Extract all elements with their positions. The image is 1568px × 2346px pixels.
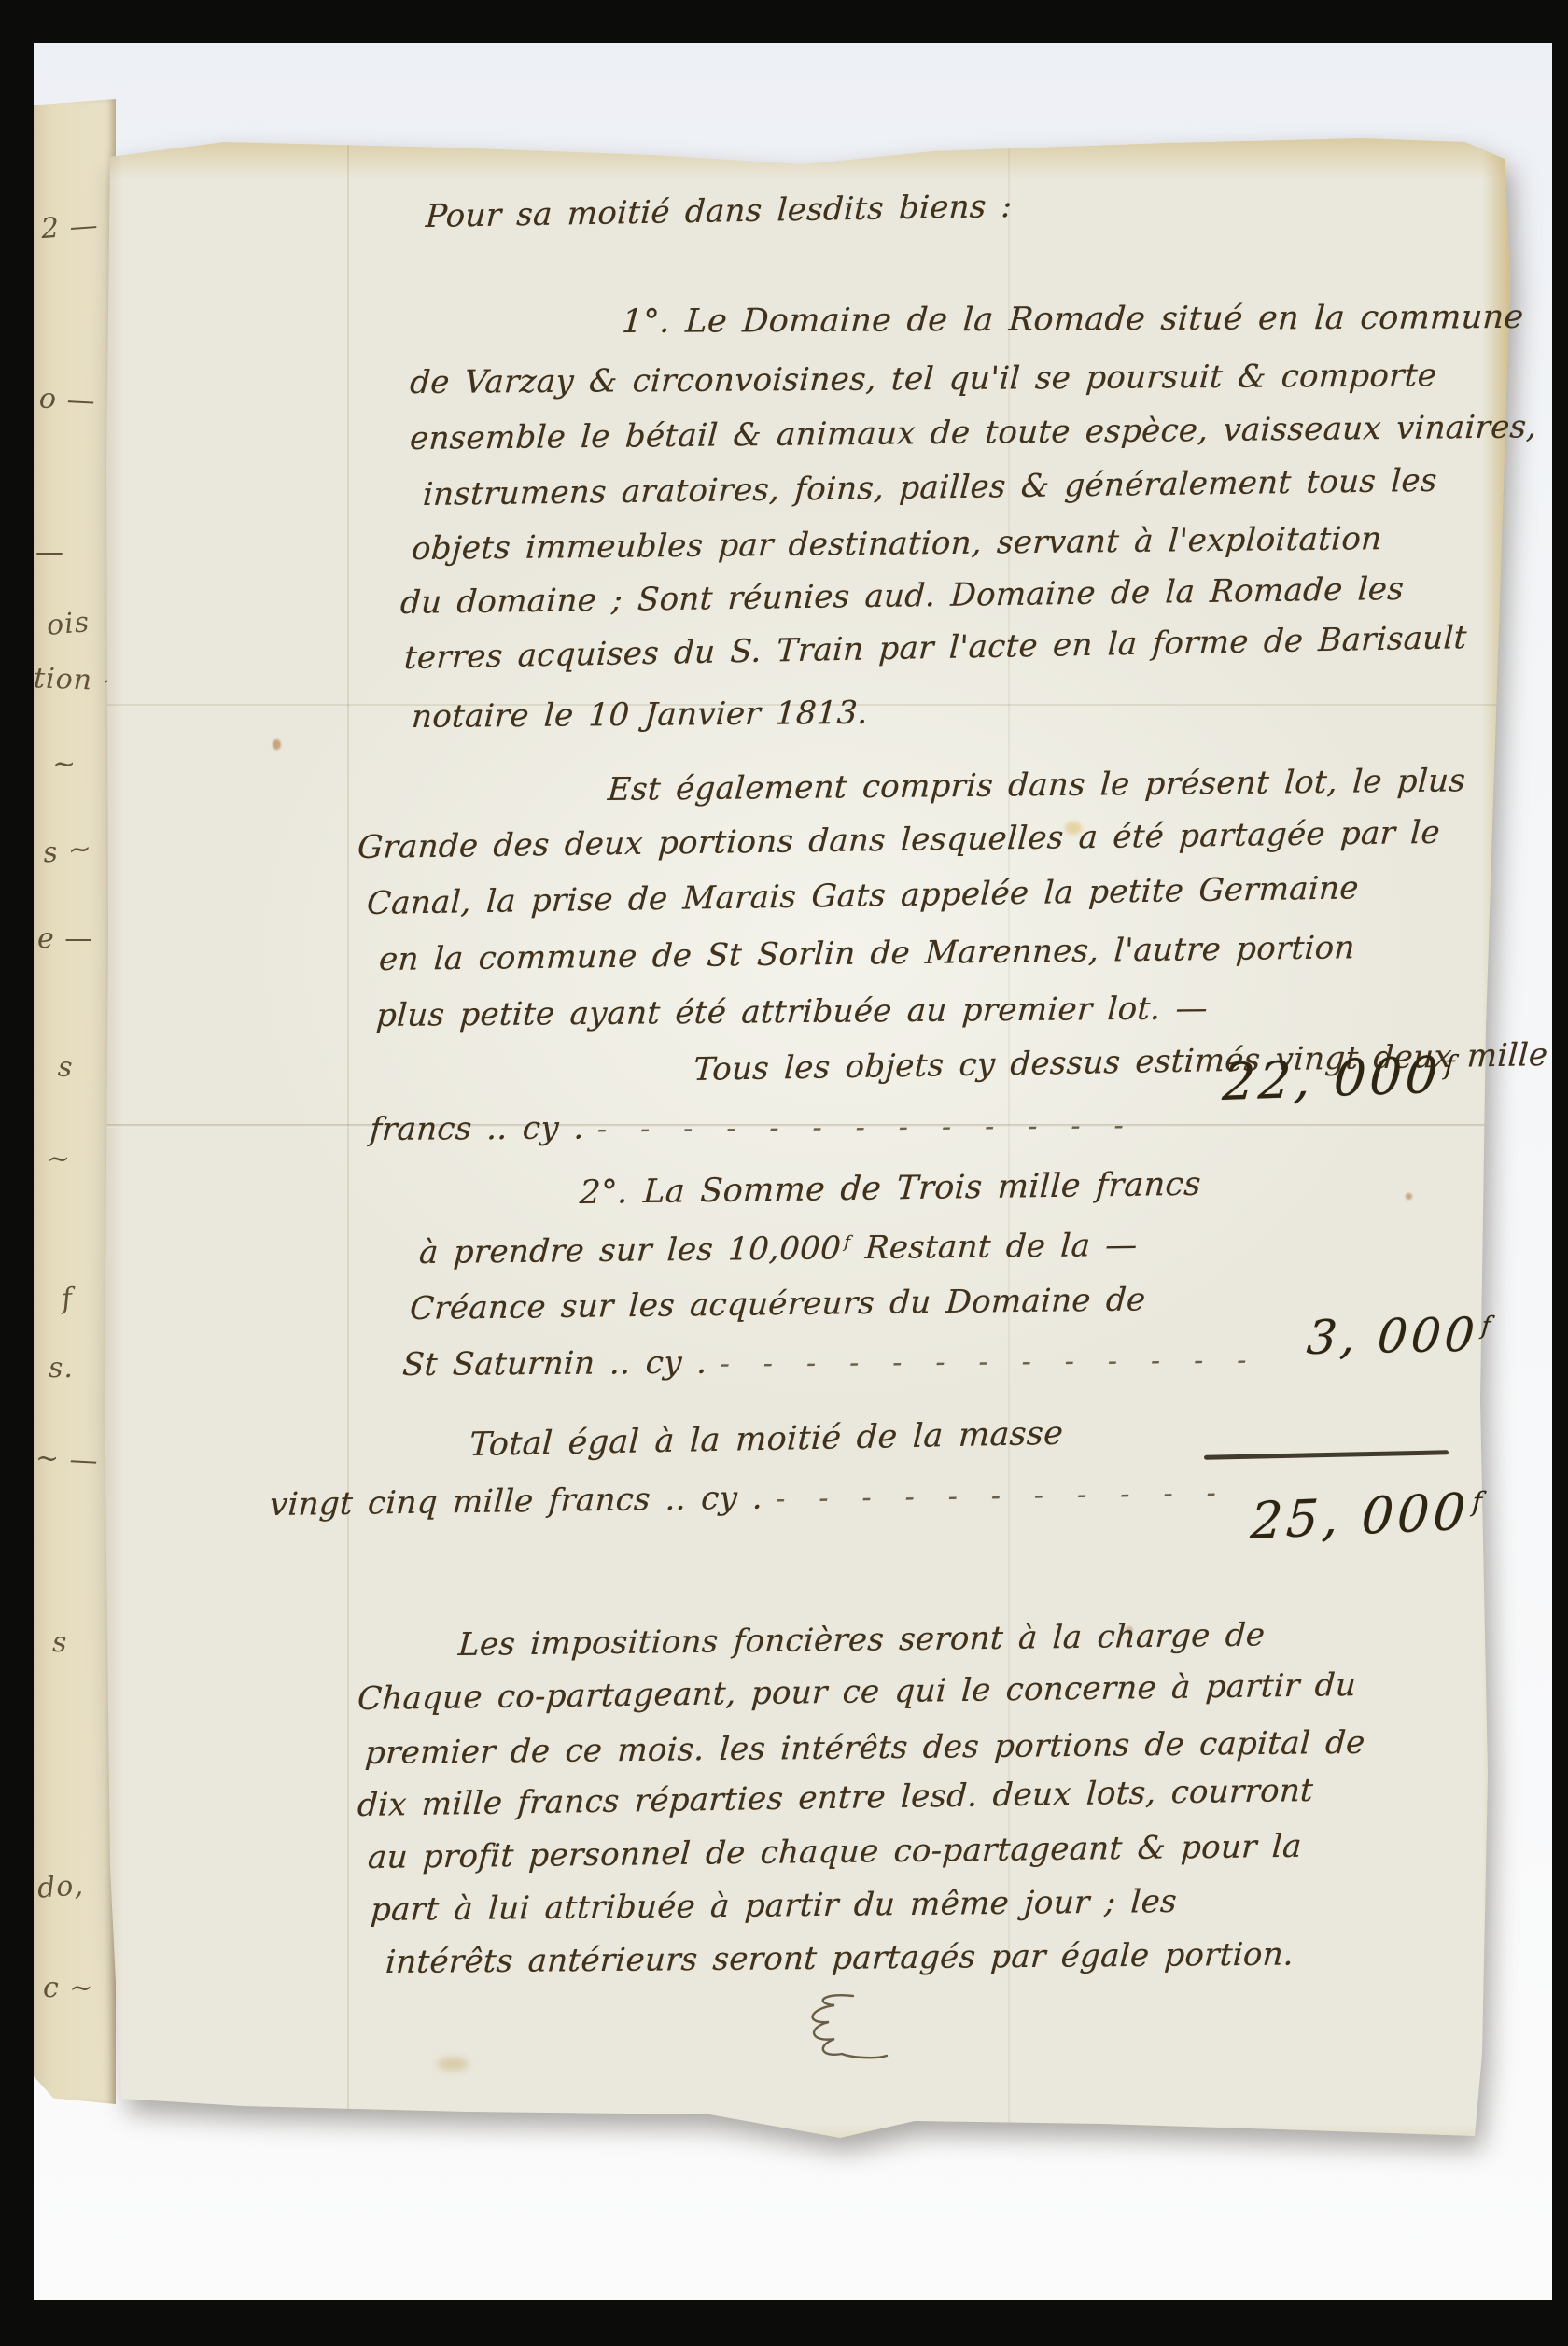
- manuscript-line: objets immeubles par destination, servan…: [411, 520, 1383, 568]
- manuscript-line-text: vingt cinq mille francs .. cy .: [269, 1480, 763, 1524]
- total-rule: [1204, 1450, 1449, 1459]
- manuscript-line: vingt cinq mille francs .. cy .---------…: [269, 1472, 1251, 1524]
- manuscript-line: terres acquises du S. Train par l'acte e…: [403, 619, 1468, 677]
- amount-value: 25, 000: [1249, 1482, 1471, 1551]
- handwriting-layer: Pour sa moitié dans lesdits biens : 1°. …: [0, 0, 1568, 2346]
- manuscript-line: premier de ce mois. les intérêts des por…: [364, 1724, 1366, 1772]
- manuscript-line: part à lui attribuée à partir du même jo…: [370, 1883, 1178, 1929]
- manuscript-line: notaire le 10 Janvier 1813.: [411, 695, 869, 736]
- amount-lot1: 22, 000f: [1221, 1045, 1460, 1112]
- manuscript-line-text: St Saturnin .. cy .: [401, 1344, 708, 1384]
- manuscript-line: plus petite ayant été attribuée au premi…: [375, 990, 1209, 1034]
- manuscript-line-text: à prendre sur les 10,000: [418, 1229, 842, 1271]
- paraph-flourish: [793, 1990, 915, 2084]
- manuscript-line: Total égal à la moitié de la masse: [469, 1415, 1064, 1464]
- manuscript-line: ensemble le bétail & animaux de toute es…: [409, 408, 1538, 457]
- manuscript-line-text: Restant de la —: [849, 1227, 1139, 1267]
- manuscript-line: Grande des deux portions dans lesquelles…: [357, 814, 1441, 866]
- manuscript-line: Les impositions foncières seront à la ch…: [457, 1616, 1266, 1664]
- amount-value: 3, 000: [1305, 1308, 1480, 1365]
- dash-leader: -------------: [596, 1109, 1158, 1145]
- dash-leader: -------------: [720, 1343, 1281, 1380]
- manuscript-line: Créance sur les acquéreurs du Domaine de: [409, 1281, 1147, 1328]
- manuscript-line: 2°. La Somme de Trois mille francs: [579, 1166, 1202, 1212]
- manuscript-line: instrumens aratoires, foins, pailles & g…: [422, 462, 1438, 513]
- francs-superscript: f: [1471, 1486, 1486, 1518]
- manuscript-line: à prendre sur les 10,000f Restant de la …: [418, 1227, 1139, 1271]
- manuscript-line: St Saturnin .. cy .-------------: [401, 1340, 1281, 1384]
- manuscript-line: Pour sa moitié dans lesdits biens :: [425, 188, 1014, 235]
- manuscript-line: francs .. cy .-------------: [369, 1105, 1158, 1148]
- dash-leader: -----------: [775, 1476, 1250, 1515]
- manuscript-line-text: francs .. cy .: [369, 1109, 585, 1148]
- amount-total: 25, 000f: [1249, 1482, 1487, 1551]
- manuscript-line: Canal, la prise de Marais Gats appelée l…: [366, 869, 1360, 922]
- manuscript-line: en la commune de St Sorlin de Marennes, …: [378, 929, 1356, 978]
- manuscript-line: dix mille francs réparties entre lesd. d…: [357, 1772, 1314, 1824]
- manuscript-line: au profit personnel de chaque co-partage…: [367, 1828, 1303, 1876]
- manuscript-line: Chaque co-partageant, pour ce qui le con…: [357, 1666, 1357, 1718]
- manuscript-line: de Varzay & circonvoisines, tel qu'il se…: [409, 357, 1438, 401]
- francs-superscript: f: [1480, 1313, 1495, 1341]
- manuscript-line: Est également compris dans le présent lo…: [607, 762, 1466, 808]
- manuscript-line: 1°. Le Domaine de la Romade situé en la …: [621, 299, 1525, 341]
- amount-value: 22, 000: [1221, 1046, 1443, 1112]
- amount-lot2: 3, 000f: [1305, 1307, 1496, 1365]
- manuscript-line: du domaine ; Sont réunies aud. Domaine d…: [399, 570, 1405, 622]
- francs-superscript: f: [1444, 1049, 1460, 1081]
- manuscript-line: intérêts antérieurs seront partagés par …: [385, 1935, 1295, 1981]
